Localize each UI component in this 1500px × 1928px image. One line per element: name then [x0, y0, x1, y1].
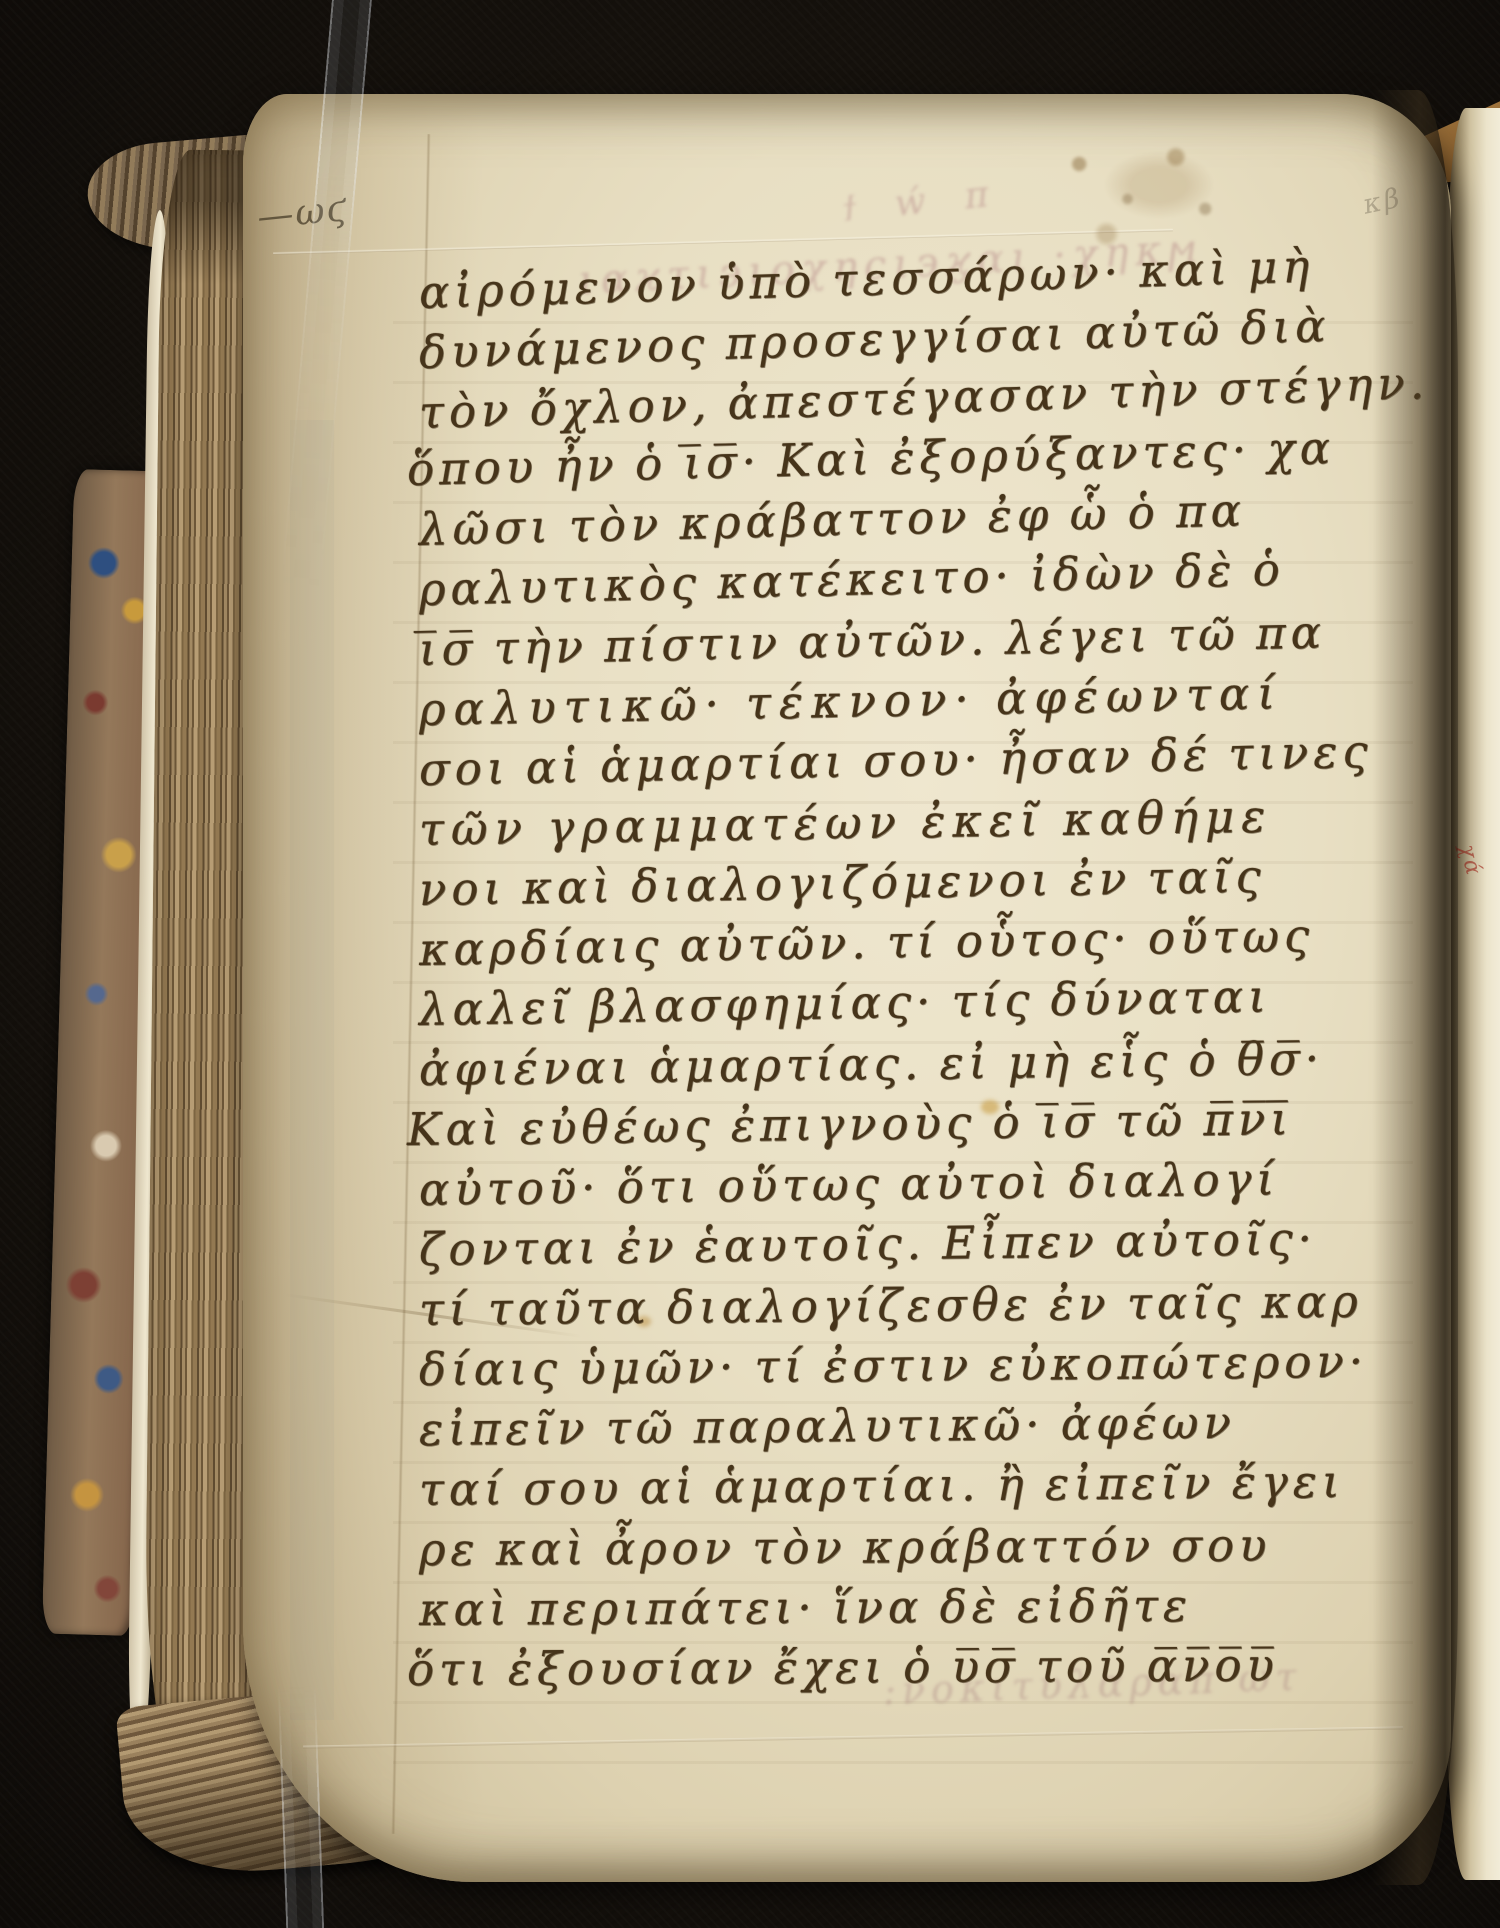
- manuscript-line: εἰπεῖν τῶ παραλυτικῶ· ἀφέων: [419, 1391, 1429, 1460]
- manuscript-line: τί ταῦτα διαλογίζεσθε ἐν ταῖς καρ: [419, 1271, 1429, 1340]
- manuscript-line: ὅτι ἐξουσίαν ἔχει ὁ υ̅σ̅ τοῦ α̅ν̅ο̅υ̅: [407, 1635, 1429, 1700]
- manuscript-line: ρε καὶ ἆρον τὸν κράβαττόν σου: [419, 1515, 1429, 1580]
- red-edge-marks: χά: [1454, 842, 1486, 879]
- bleed-through-marks: ϯ ẃ π: [841, 172, 1004, 230]
- manuscript-page: —ωϛ κβ ϯ ẃ π ιαϰτι϶ιοχηϲι϶ϗαι ·χηκϻ :νοκ…: [243, 94, 1451, 1882]
- perspex-strap-over-page: [290, 420, 334, 1720]
- manuscript-line: ζονται ἐν ἑαυτοῖς. Εἶπεν αὐτοῖς·: [419, 1208, 1430, 1280]
- manuscript-line: ταί σου αἱ ἁμαρτίαι. ἢ εἰπεῖν ἔγει: [419, 1451, 1429, 1520]
- greek-text-block: αἰρόμενον ὑπὸ τεσσάρων· καὶ μὴ δυνάμενος…: [419, 260, 1429, 1700]
- manuscript-line: καὶ περιπάτει· ἵνα δὲ εἰδῆτε: [419, 1575, 1429, 1640]
- manuscript-line: δίαις ὑμῶν· τί ἐστιν εὐκοπώτερον·: [419, 1331, 1429, 1400]
- manuscript-photograph: χά —ωϛ κβ ϯ ẃ π ιαϰτι϶ιοχηϲι϶ϗαι ·χηκϻ :…: [0, 0, 1500, 1928]
- gutter-shadow: [1372, 90, 1458, 1885]
